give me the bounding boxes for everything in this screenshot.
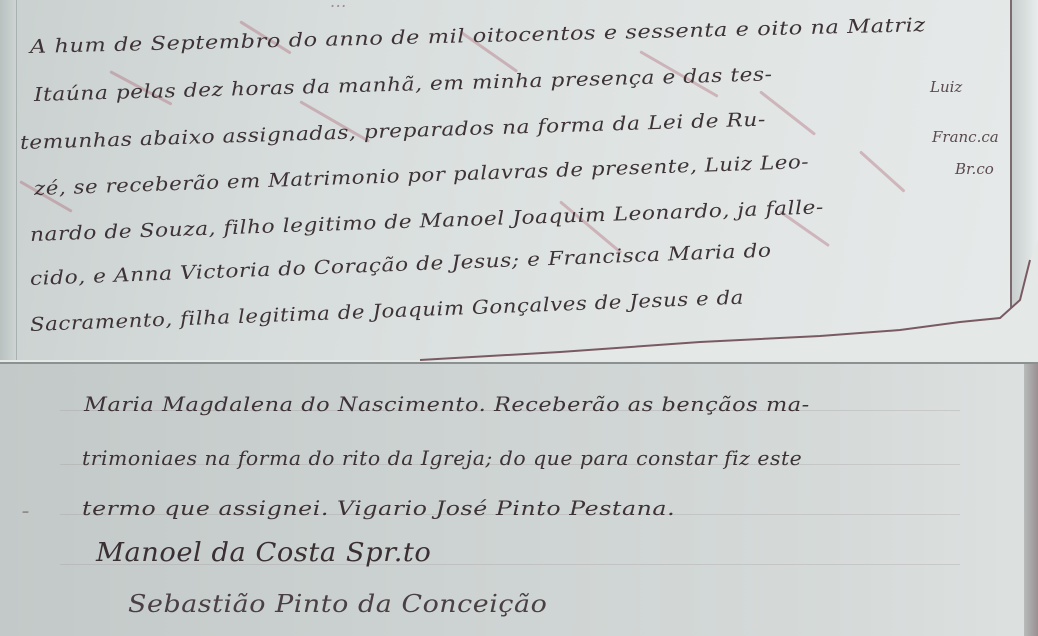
underlying-sheet-edge xyxy=(1010,0,1038,340)
ink-bleed-mark xyxy=(759,90,816,135)
margin-note-bride: Franc.ca xyxy=(932,128,999,146)
ink-bleed-mark xyxy=(859,150,906,192)
margin-note-groom: Luiz xyxy=(930,78,962,96)
text-line-2: Itaúna pelas dez horas da manhã, em minh… xyxy=(34,63,773,106)
text-line-10: termo que assignei. Vigario José Pinto P… xyxy=(82,496,675,520)
text-line-3: temunhas abaixo assignadas, preparados n… xyxy=(20,109,766,154)
partial-header-line: ... xyxy=(330,0,347,11)
text-line-7: Sacramento, filha legitima de Joaquim Go… xyxy=(30,287,745,336)
text-line-6: cido, e Anna Victoria do Coração de Jesu… xyxy=(30,240,772,290)
text-line-5: nardo de Souza, filho legitimo de Manoel… xyxy=(30,196,825,246)
top-photo-fragment: ... A hum de Septembro do anno de mil oi… xyxy=(0,0,1038,362)
margin-note-br: Br.co xyxy=(955,160,994,178)
page-right-edge xyxy=(1024,364,1038,636)
text-line-4: zé, se receberão em Matrimonio por palav… xyxy=(34,151,810,200)
signature-witness-2: Sebastião Pinto da Conceição xyxy=(128,590,547,618)
left-margin-mark: – xyxy=(22,504,29,520)
bottom-photo-fragment: – Maria Magdalena do Nascimento. Receber… xyxy=(0,362,1038,636)
text-line-8: Maria Magdalena do Nascimento. Receberão… xyxy=(84,392,810,416)
signature-witness-1: Manoel da Costa Spr.to xyxy=(96,538,431,568)
text-line-9: trimoniaes na forma do rito da Igreja; d… xyxy=(82,446,802,470)
text-line-1: A hum de Septembro do anno de mil oitoce… xyxy=(30,14,926,58)
page-left-edge xyxy=(0,0,17,362)
